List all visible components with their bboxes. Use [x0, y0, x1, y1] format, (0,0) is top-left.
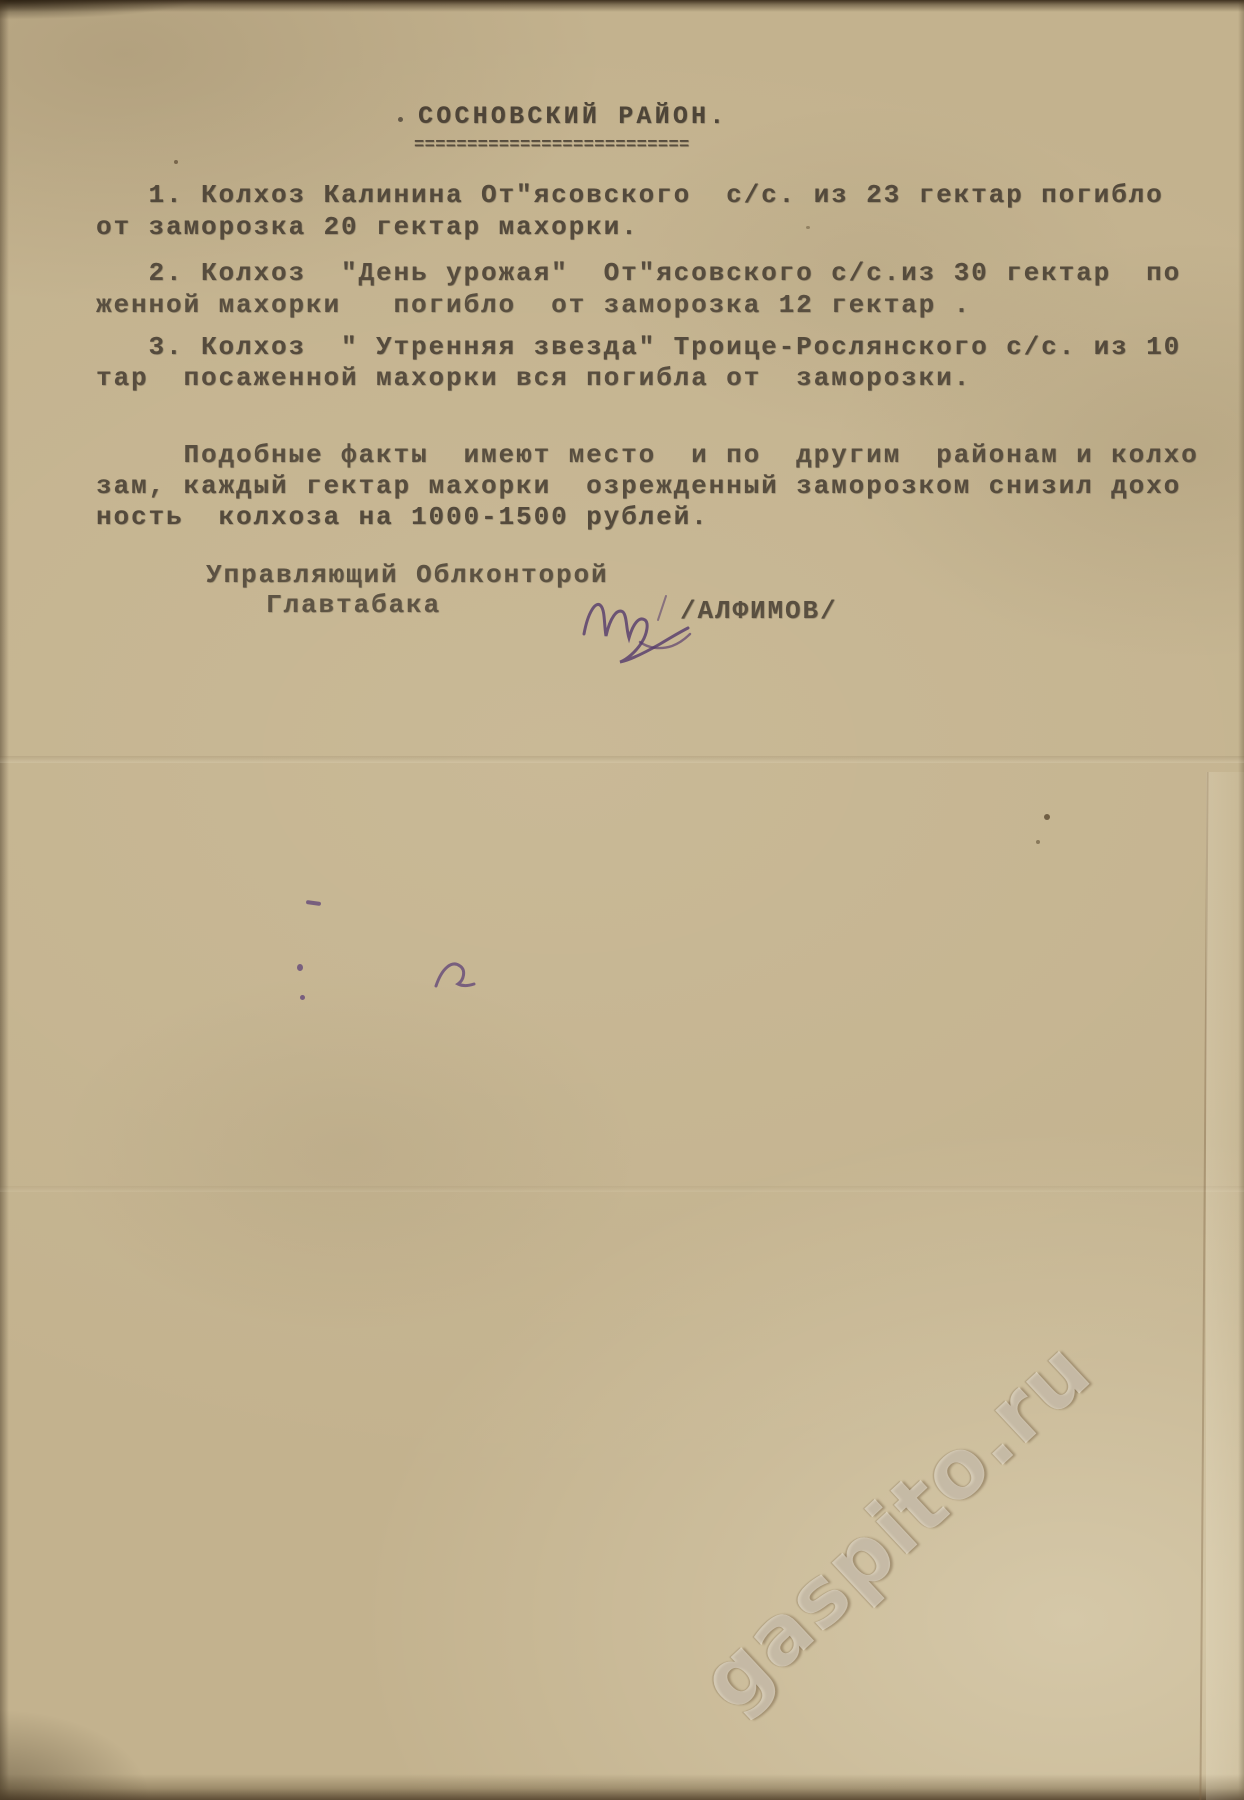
site-watermark: gaspito.ru: [683, 1323, 1102, 1722]
paragraph-2-line-2: женной махорки погибло от заморозка 12 г…: [96, 290, 971, 320]
ink-dot: [297, 964, 303, 971]
title-underline: ==========================: [414, 131, 690, 161]
page-bottom-left-corner-shadow: [0, 1680, 200, 1800]
paragraph-3-line-1: 3. Колхоз " Утренняя звезда" Троице-Росл…: [96, 332, 1181, 362]
paragraph-4-line-3: ность колхоза на 1000-1500 рублей.: [96, 502, 709, 532]
paragraph-2-line-1: 2. Колхоз "День урожая" От"ясовского с/с…: [96, 258, 1181, 288]
signer-role-line-1: Управляющий Облконторой: [206, 560, 609, 590]
horizontal-fold-crease: [0, 1186, 1244, 1192]
scanned-document-page: СОСНОВСКИЙ РАЙОН. ======================…: [0, 0, 1244, 1800]
horizontal-fold-crease: [0, 756, 1244, 763]
signer-role-line-2: Главтабака: [266, 590, 441, 620]
paragraph-4-line-1: Подобные факты имеют место и по другим р…: [96, 440, 1199, 470]
paragraph-1-line-2: от заморозка 20 гектар махорки.: [96, 212, 639, 242]
paper-speck: [1044, 814, 1050, 820]
paragraph-3-line-2: тар посаженной махорки вся погибла от за…: [96, 363, 971, 393]
paragraph-4-line-2: зам, каждый гектар махорки озрежденный з…: [96, 471, 1181, 501]
page-top-left-corner-shadow: [0, 0, 260, 26]
ink-squiggle: [428, 952, 488, 998]
paper-speck: [174, 160, 178, 164]
ink-mark: [306, 900, 321, 906]
paper-speck: [1036, 840, 1040, 844]
underlying-sheet-highlight: [1206, 772, 1244, 1800]
paragraph-1-line-1: 1. Колхоз Калинина От"ясовского с/с. из …: [96, 180, 1164, 210]
document-title: СОСНОВСКИЙ РАЙОН.: [418, 102, 727, 132]
ink-speck: [398, 117, 403, 122]
handwritten-signature: [570, 576, 720, 672]
paper-speck: [806, 226, 810, 229]
page-left-edge-shadow: [0, 0, 9, 1800]
ink-dot: [300, 995, 305, 1000]
